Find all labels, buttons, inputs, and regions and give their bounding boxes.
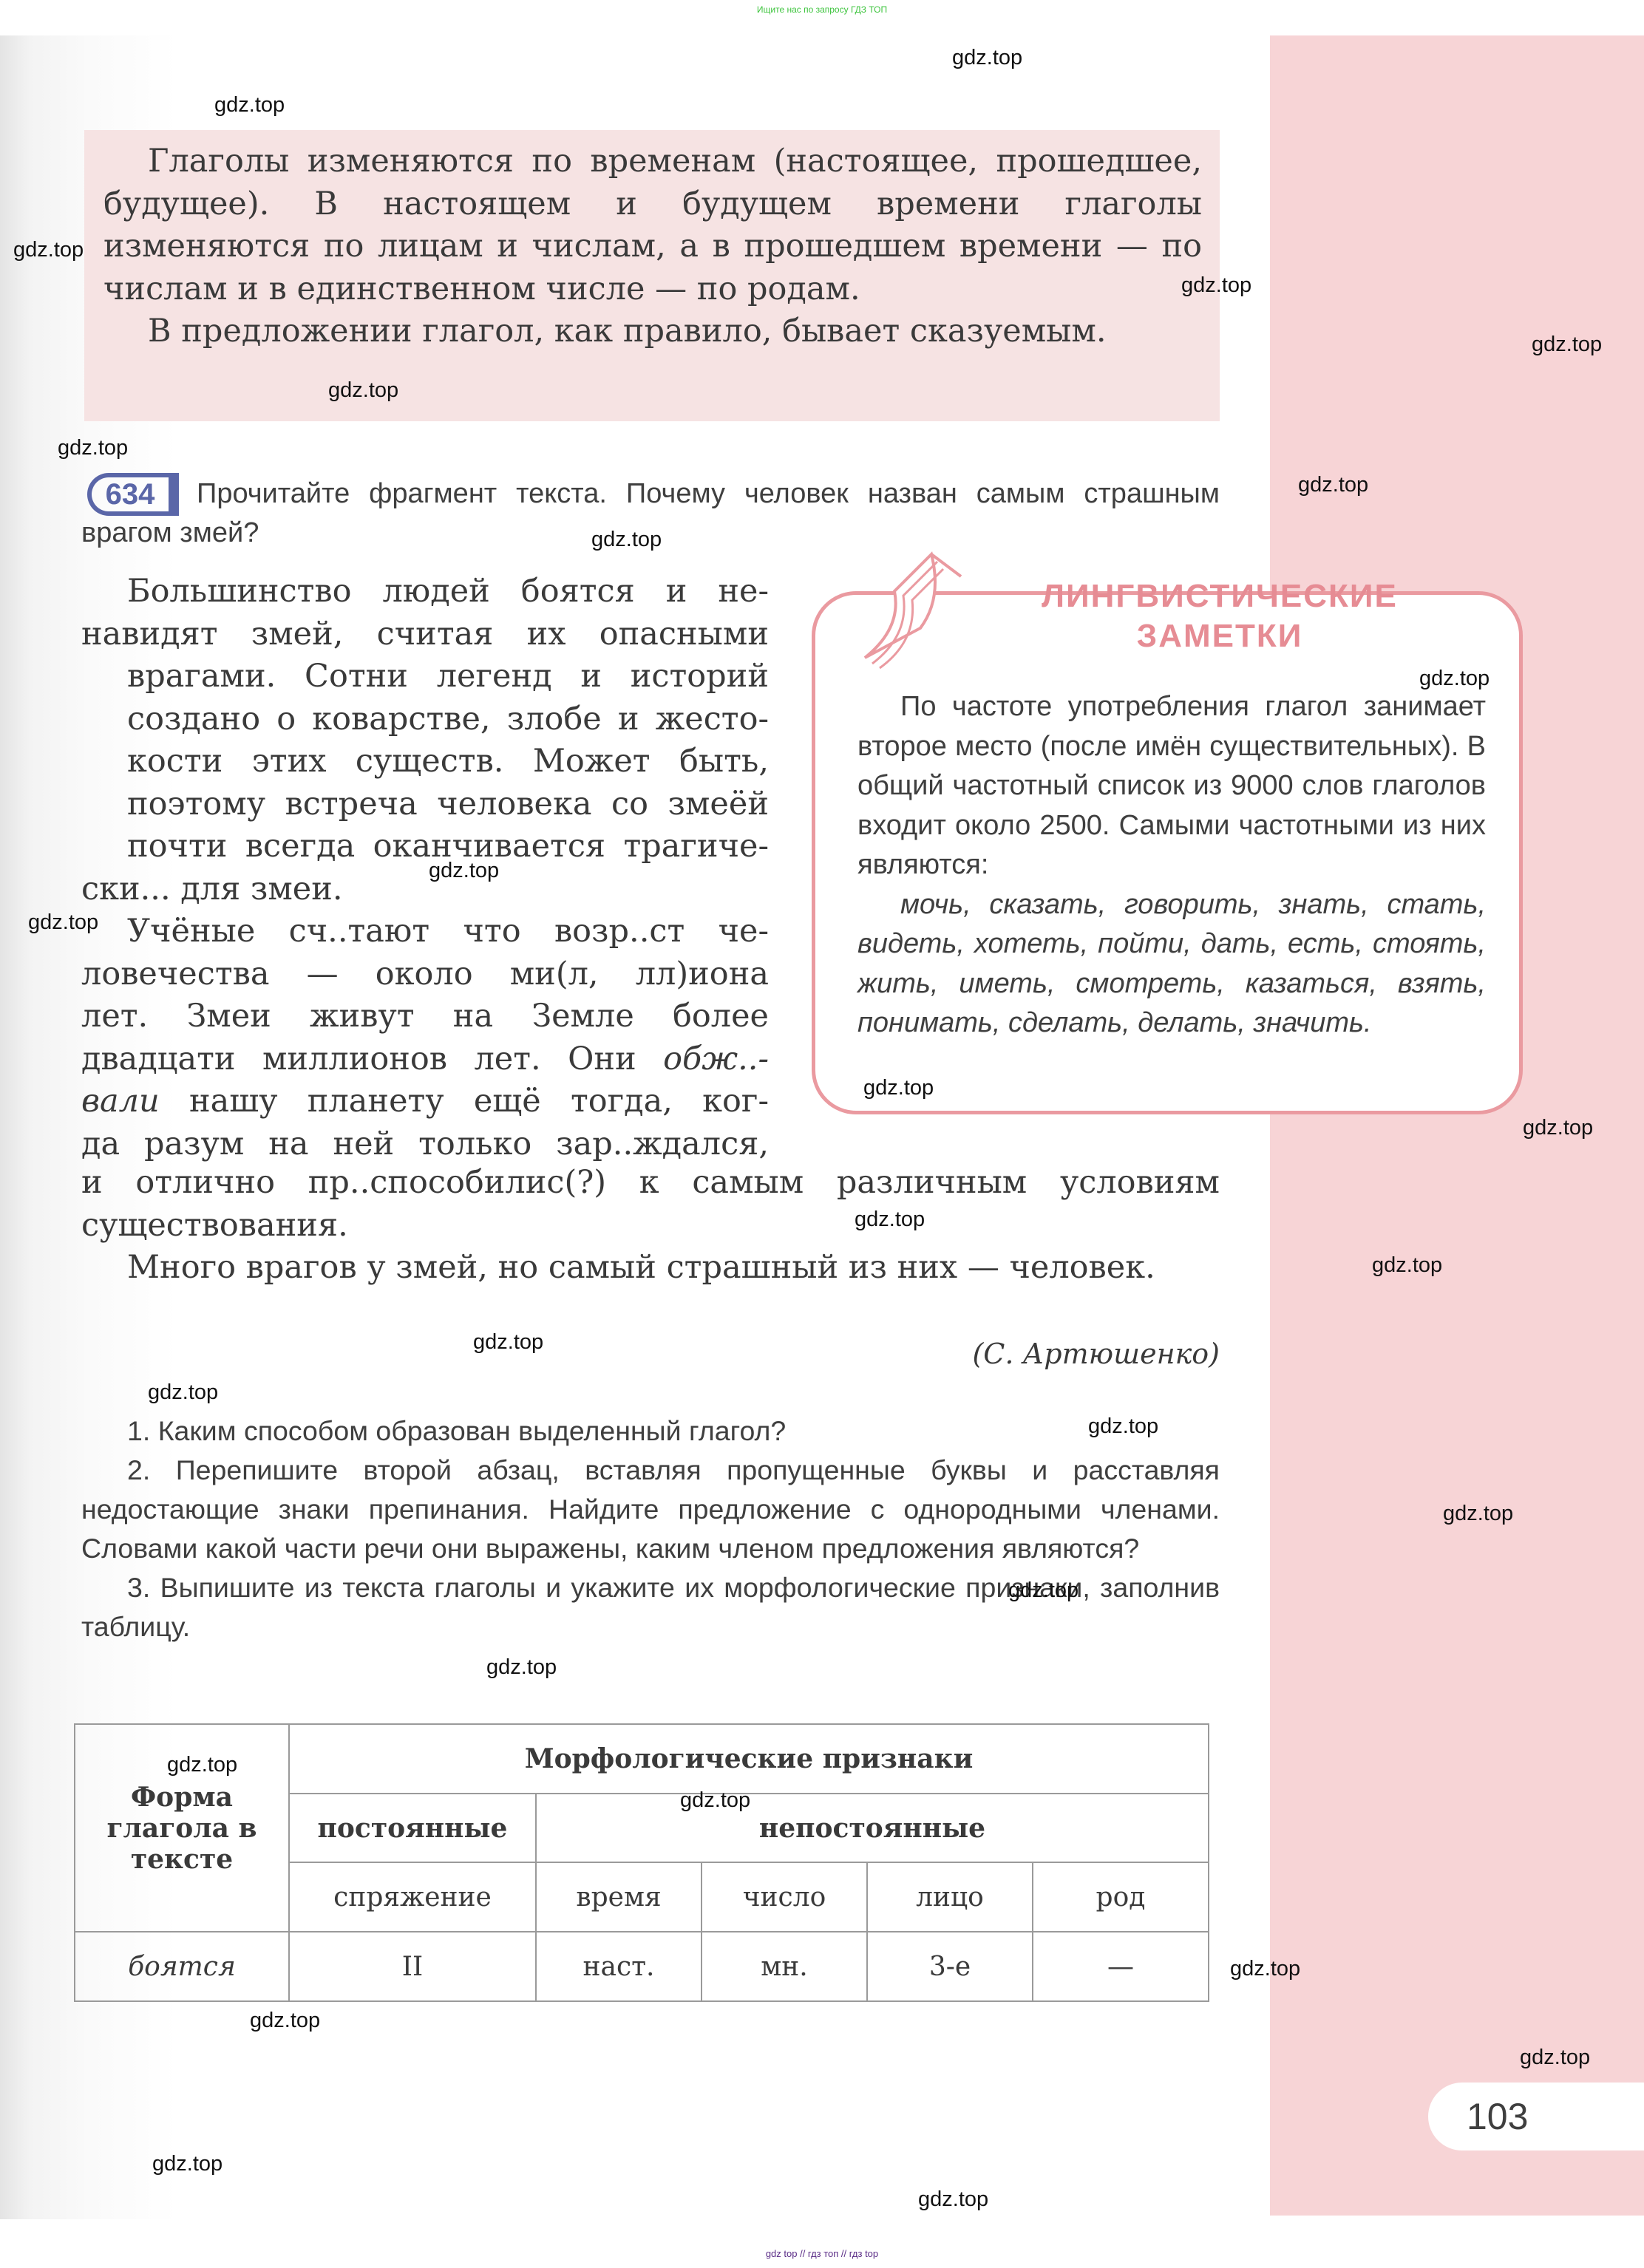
top-banner: Ищите нас по запросу ГДЗ ТОП (0, 4, 1644, 15)
linguistic-notes-title: ЛИНГВИСТИЧЕСКИЕ ЗАМЕТКИ (961, 576, 1478, 656)
watermark: gdz.top (863, 1076, 934, 1100)
notes-paragraph: По частоте употребления глагол занимает … (857, 687, 1486, 885)
text-line: почти всегда оканчивается трагиче- (81, 825, 769, 868)
text-line: да разум на ней только зар..ждался, (81, 1123, 769, 1166)
watermark: gdz.top (680, 1788, 750, 1813)
group-header: Морфологические признаки (289, 1724, 1209, 1794)
watermark: gdz.top (591, 528, 662, 552)
bottom-banner: gdz top // гдз топ // гдз top (0, 2248, 1644, 2259)
watermark: gdz.top (148, 1380, 218, 1405)
rule-text: Глаголы изменяются по временам (настояще… (103, 140, 1202, 353)
text-span: двадцати миллионов лет. Они (81, 1041, 663, 1077)
notes-title-line: ЛИНГВИСТИЧЕСКИЕ (961, 576, 1478, 616)
text-line: врагами. Сотни легенд и историй (81, 655, 769, 698)
watermark: gdz.top (1230, 1957, 1300, 1981)
cell: — (1033, 1932, 1209, 2001)
text-line: кости этих существ. Может быть, (81, 740, 769, 783)
text-span: нашу планету ещё тогда, ког- (160, 1083, 769, 1120)
notes-verb-list: мочь, сказать, говорить, знать, стать, в… (857, 885, 1486, 1043)
header-constant: постоянные (289, 1794, 536, 1862)
watermark: gdz.top (152, 2152, 223, 2176)
header-nonconstant: непостоянные (536, 1794, 1209, 1862)
cell: мн. (702, 1932, 867, 2001)
watermark: gdz.top (1008, 1579, 1079, 1603)
watermark: gdz.top (328, 378, 398, 403)
rule-paragraph-2: В предложении глагол, как правило, бывае… (103, 310, 1202, 353)
morphology-table: Форма глагола в тексте Морфологические п… (74, 1723, 1209, 2002)
watermark: gdz.top (855, 1208, 925, 1232)
watermark: gdz.top (1419, 667, 1490, 691)
subheader: число (702, 1862, 867, 1932)
table-row: боятся II наст. мн. 3-е — (75, 1932, 1209, 2001)
text-line: поэтому встреча человека со змеёй (81, 783, 769, 826)
watermark: gdz.top (918, 2187, 988, 2212)
page-number: 103 (1428, 2083, 1644, 2150)
watermark: gdz.top (1443, 1502, 1513, 1526)
watermark: gdz.top (13, 238, 84, 262)
question-2: 2. Перепишите второй абзац, вставляя про… (81, 1451, 1220, 1568)
watermark: gdz.top (473, 1330, 543, 1355)
watermark: gdz.top (167, 1753, 237, 1777)
highlighted-verb-part: обж..- (663, 1041, 769, 1077)
question-1: 1. Каким способом образован выделенный г… (81, 1411, 1220, 1451)
watermark: gdz.top (429, 859, 499, 883)
text-line: Большинство людей боятся и не- (81, 571, 769, 613)
text-line: навидят змей, считая их опасными (81, 613, 769, 656)
exercise-questions: 1. Каким способом образован выделенный г… (81, 1411, 1220, 1646)
text-line: двадцати миллионов лет. Они обж..- (81, 1038, 769, 1081)
subheader: время (536, 1862, 702, 1932)
cell: 3-е (867, 1932, 1033, 2001)
text-author: (С. Артюшенко) (81, 1338, 1220, 1370)
watermark: gdz.top (250, 2009, 320, 2033)
text-line: вали нашу планету ещё тогда, ког- (81, 1080, 769, 1123)
cell: II (289, 1932, 536, 2001)
watermark: gdz.top (1532, 333, 1602, 357)
cell: наст. (536, 1932, 702, 2001)
text-line: ловечества — около ми(л, лл)иона (81, 953, 769, 996)
cell-form: боятся (75, 1932, 289, 2001)
watermark: gdz.top (486, 1655, 557, 1680)
watermark: gdz.top (1181, 273, 1251, 298)
watermark: gdz.top (214, 93, 285, 118)
watermark: gdz.top (1298, 473, 1368, 497)
linguistic-notes-body: По частоте употребления глагол занимает … (857, 687, 1486, 1043)
subheader: лицо (867, 1862, 1033, 1932)
text-paragraph: и отлично пр..способилис(?) к самым разл… (81, 1162, 1220, 1247)
exercise-text-wide: и отлично пр..способилис(?) к самым разл… (81, 1162, 1220, 1290)
text-line: создано о коварстве, злобе и жесто- (81, 698, 769, 741)
watermark: gdz.top (58, 436, 128, 460)
text-line: ски... для змеи. (81, 868, 769, 911)
text-paragraph: Много врагов у змей, но самый страшный и… (81, 1247, 1220, 1290)
highlighted-verb-part: вали (81, 1083, 160, 1120)
subheader: спряжение (289, 1862, 536, 1932)
text-line: Учёные сч..тают что возр..ст че- (81, 910, 769, 953)
watermark: gdz.top (1372, 1253, 1442, 1278)
rule-paragraph-1: Глаголы изменяются по временам (настояще… (103, 140, 1202, 310)
exercise-text-narrow: Большинство людей боятся и не- навидят з… (81, 571, 769, 1165)
subheader: род (1033, 1862, 1209, 1932)
watermark: gdz.top (1520, 2046, 1590, 2070)
watermark: gdz.top (1523, 1116, 1593, 1140)
watermark: gdz.top (952, 46, 1022, 70)
watermark: gdz.top (1088, 1414, 1158, 1439)
text-line: лет. Змеи живут на Земле более (81, 995, 769, 1038)
notes-title-line: ЗАМЕТКИ (961, 616, 1478, 656)
watermark: gdz.top (28, 910, 98, 935)
